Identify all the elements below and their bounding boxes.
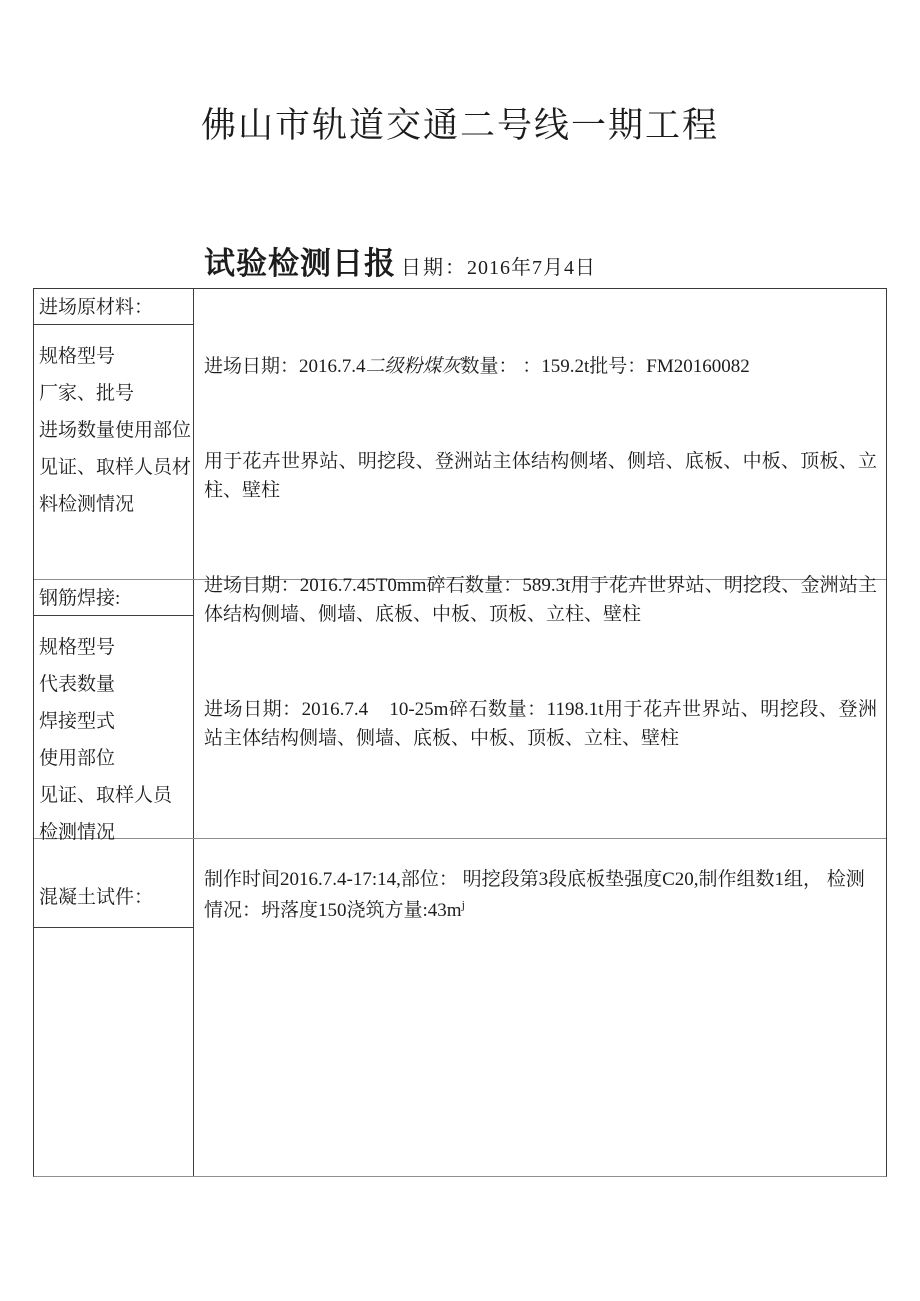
rebar-welding-field-line: 焊接型式 [39,703,193,740]
rebar-welding-field-line: 见证、取样人员 [39,777,193,814]
concrete-row-label: 混凝土试件： [34,885,193,928]
raw-materials-left-column: 进场原材料： 规格型号 厂家、批号 进场数量使用部位 见证、取样人员材 料检测情… [34,289,194,579]
concrete-left-column: 混凝土试件： [34,839,194,1176]
rebar-welding-content-cell [194,580,886,838]
raw-materials-field-line: 料检测情况 [39,486,193,523]
entry-flyash-material-name: 二级粉煤灰 [366,356,461,377]
material-entry-flyash: 进场日期：2016.7.4二级粉煤灰数量： ：159.2t批号：FM201600… [204,352,877,381]
rebar-welding-field-line: 规格型号 [39,629,193,666]
concrete-entry-superscript: j [462,898,465,912]
concrete-section: 混凝土试件： 制作时间2016.7.4-17:14,部位： 明挖段第3段底板垫强… [34,838,886,1176]
entry-flyash-suffix: 数量： ：159.2t批号：FM20160082 [461,356,750,377]
concrete-label-spacer [34,839,193,885]
report-date-label: 日期： [401,251,467,280]
entry-flyash-prefix: 进场日期：2016.7.4 [204,356,366,377]
raw-materials-section: 进场原材料： 规格型号 厂家、批号 进场数量使用部位 见证、取样人员材 料检测情… [34,289,886,579]
concrete-entry-text: 制作时间2016.7.4-17:14,部位： 明挖段第3段底板垫强度C20,制作… [204,869,865,921]
raw-materials-content-cell: 进场日期：2016.7.4二级粉煤灰数量： ：159.2t批号：FM201600… [194,289,886,579]
rebar-welding-row-label: 钢筋焊接: [34,580,193,616]
concrete-content-cell: 制作时间2016.7.4-17:14,部位： 明挖段第3段底板垫强度C20,制作… [194,839,886,1176]
material-entry-flyash-usage: 用于花卉世界站、明挖段、登洲站主体结构侧堵、侧培、底板、中板、顶板、立柱、壁柱 [204,447,877,505]
inspection-report-table: 进场原材料： 规格型号 厂家、批号 进场数量使用部位 见证、取样人员材 料检测情… [33,288,887,1177]
project-title: 佛山市轨道交通二号线一期工程 [0,0,920,151]
report-header: 试验检测日报 日期： 2016年7月4日 [204,243,920,285]
rebar-welding-field-list: 规格型号 代表数量 焊接型式 使用部位 见证、取样人员 检测情况 [34,616,193,851]
rebar-welding-field-line: 使用部位 [39,740,193,777]
report-date-value: 2016年7月4日 [467,251,596,280]
rebar-welding-left-column: 钢筋焊接: 规格型号 代表数量 焊接型式 使用部位 见证、取样人员 检测情况 [34,580,194,838]
rebar-welding-field-line: 代表数量 [39,666,193,703]
rebar-welding-section: 钢筋焊接: 规格型号 代表数量 焊接型式 使用部位 见证、取样人员 检测情况 [34,579,886,838]
report-page: 佛山市轨道交通二号线一期工程 试验检测日报 日期： 2016年7月4日 进场原材… [0,0,920,1301]
raw-materials-field-line: 进场数量使用部位 [39,412,193,449]
raw-materials-row-label: 进场原材料： [34,289,193,325]
raw-materials-field-list: 规格型号 厂家、批号 进场数量使用部位 见证、取样人员材 料检测情况 [34,325,193,523]
raw-materials-field-line: 见证、取样人员材 [39,449,193,486]
raw-materials-field-line: 规格型号 [39,338,193,375]
raw-materials-field-line: 厂家、批号 [39,375,193,412]
report-title: 试验检测日报 [204,243,396,285]
